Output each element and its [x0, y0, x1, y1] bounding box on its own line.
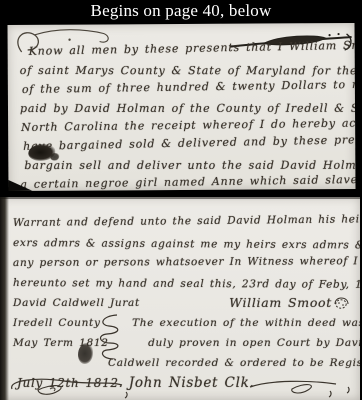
execution-text: The execution of the within deed was dul…: [132, 317, 360, 329]
pen-flourish-icon: [6, 376, 131, 399]
deed-text-block: Warrant and defend unto the said David H…: [13, 213, 357, 393]
grantor-signature: William Smoot: [229, 293, 357, 313]
jurat-text: David Caldwell Jurat: [13, 293, 140, 313]
page-title: Begins on page 40, below: [0, 1, 362, 21]
term-row: May Term 1812 duly proven in open Court …: [13, 333, 357, 353]
deed-scan-top: Know all men by these presents that I Wi…: [7, 23, 355, 191]
county-label: Iredell County: [13, 317, 101, 329]
scan-corner-shadow: [8, 180, 32, 191]
deed-text-block: Know all men by these presents that I Wi…: [20, 40, 354, 191]
handwritten-line: hereunto set my hand and seal this, 23rd…: [13, 273, 357, 295]
handwritten-line: any person or persons whatsoever In Witn…: [13, 251, 357, 273]
seal-scribble-icon: [333, 297, 349, 310]
book-gutter-shadow: [0, 197, 9, 400]
registration-row: Caldwell recorded & ordered to be Regist…: [13, 353, 357, 373]
execution-text: duly proven in open Court by David: [148, 337, 360, 349]
scan-top-edge: [0, 197, 360, 199]
coil-brace-icon: [95, 313, 125, 363]
attestation-row: David Caldwell Jurat William Smoot: [13, 293, 357, 313]
handwritten-line: of the sum of three hundred & twenty Dol…: [20, 75, 353, 99]
deed-scan-bottom: Warrant and defend unto the said David H…: [0, 197, 360, 400]
pen-flourish-icon: [242, 378, 354, 398]
county-execution-row: Iredell County The execution of the with…: [13, 313, 357, 333]
handwritten-line: Warrant and defend unto the said David H…: [13, 209, 357, 233]
execution-text: Caldwell recorded & ordered to be Regist…: [108, 357, 360, 369]
